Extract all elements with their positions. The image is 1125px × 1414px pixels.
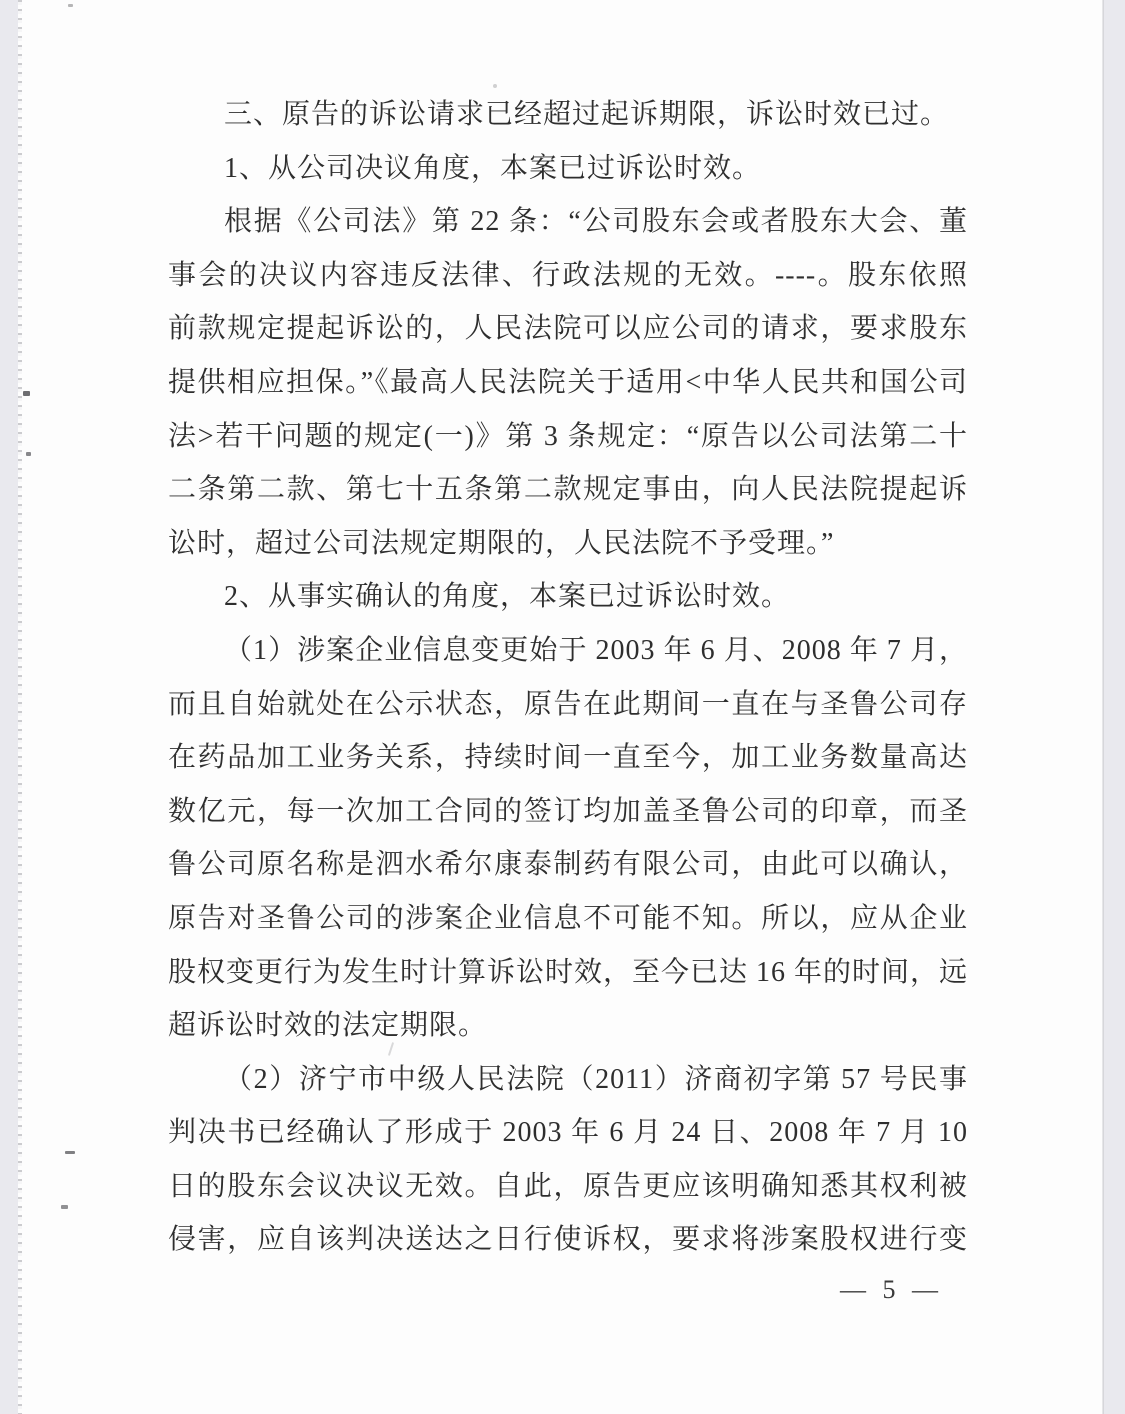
text-line: 根据《公司法》第 22 条：“公司股东会或者股东大会、董 (168, 195, 968, 249)
text-line: 原告对圣鲁公司的涉案企业信息不可能不知。所以，应从企业 (168, 892, 968, 946)
scan-speckle (23, 391, 30, 396)
text-line: 而且自始就处在公示状态，原告在此期间一直在与圣鲁公司存 (168, 678, 968, 732)
document-page: 三、原告的诉讼请求已经超过起诉期限，诉讼时效已过。 1、从公司决议角度，本案已过… (18, 0, 1104, 1414)
text-line: 三、原告的诉讼请求已经超过起诉期限，诉讼时效已过。 (168, 88, 968, 142)
text-line: 讼时，超过公司法规定期限的，人民法院不予受理。” (168, 517, 968, 571)
text-line: （2）济宁市中级人民法院（2011）济商初字第 57 号民事 (168, 1053, 968, 1107)
document-text-block: 三、原告的诉讼请求已经超过起诉期限，诉讼时效已过。 1、从公司决议角度，本案已过… (168, 88, 968, 1267)
text-line: 股权变更行为发生时计算诉讼时效，至今已达 16 年的时间，远 (168, 946, 968, 1000)
page-number: — 5 — (840, 1270, 943, 1310)
text-line: 数亿元，每一次加工合同的签订均加盖圣鲁公司的印章，而圣 (168, 785, 968, 839)
scan-speckle (26, 452, 31, 456)
text-line: （1）涉案企业信息变更始于 2003 年 6 月、2008 年 7 月， (168, 624, 968, 678)
text-line: 事会的决议内容违反法律、行政法规的无效。----。股东依照 (168, 249, 968, 303)
text-line: 鲁公司原名称是泗水希尔康泰制药有限公司，由此可以确认， (168, 838, 968, 892)
text-line: 前款规定提起诉讼的，人民法院可以应公司的请求，要求股东 (168, 302, 968, 356)
scan-edge-noise (18, 0, 22, 1414)
scan-speckle (68, 4, 73, 7)
text-line: 超诉讼时效的法定期限。 (168, 999, 968, 1053)
text-line: 判决书已经确认了形成于 2003 年 6 月 24 日、2008 年 7 月 1… (168, 1106, 968, 1160)
scan-speckle (65, 1151, 75, 1154)
text-line: 1、从公司决议角度，本案已过诉讼时效。 (168, 142, 968, 196)
text-line: 提供相应担保。”《最高人民法院关于适用<中华人民共和国公司 (168, 356, 968, 410)
text-line: 2、从事实确认的角度，本案已过诉讼时效。 (168, 570, 968, 624)
scan-speckle (61, 1205, 68, 1209)
text-line: 在药品加工业务关系，持续时间一直至今，加工业务数量高达 (168, 731, 968, 785)
text-line: 二条第二款、第七十五条第二款规定事由，向人民法院提起诉 (168, 463, 968, 517)
text-line: 法>若干问题的规定(一)》第 3 条规定：“原告以公司法第二十 (168, 410, 968, 464)
scan-speckle (493, 84, 497, 88)
text-line: 侵害，应自该判决送达之日行使诉权，要求将涉案股权进行变 (168, 1213, 968, 1267)
text-line: 日的股东会议决议无效。自此，原告更应该明确知悉其权利被 (168, 1160, 968, 1214)
scanned-document-canvas: 三、原告的诉讼请求已经超过起诉期限，诉讼时效已过。 1、从公司决议角度，本案已过… (0, 0, 1125, 1414)
